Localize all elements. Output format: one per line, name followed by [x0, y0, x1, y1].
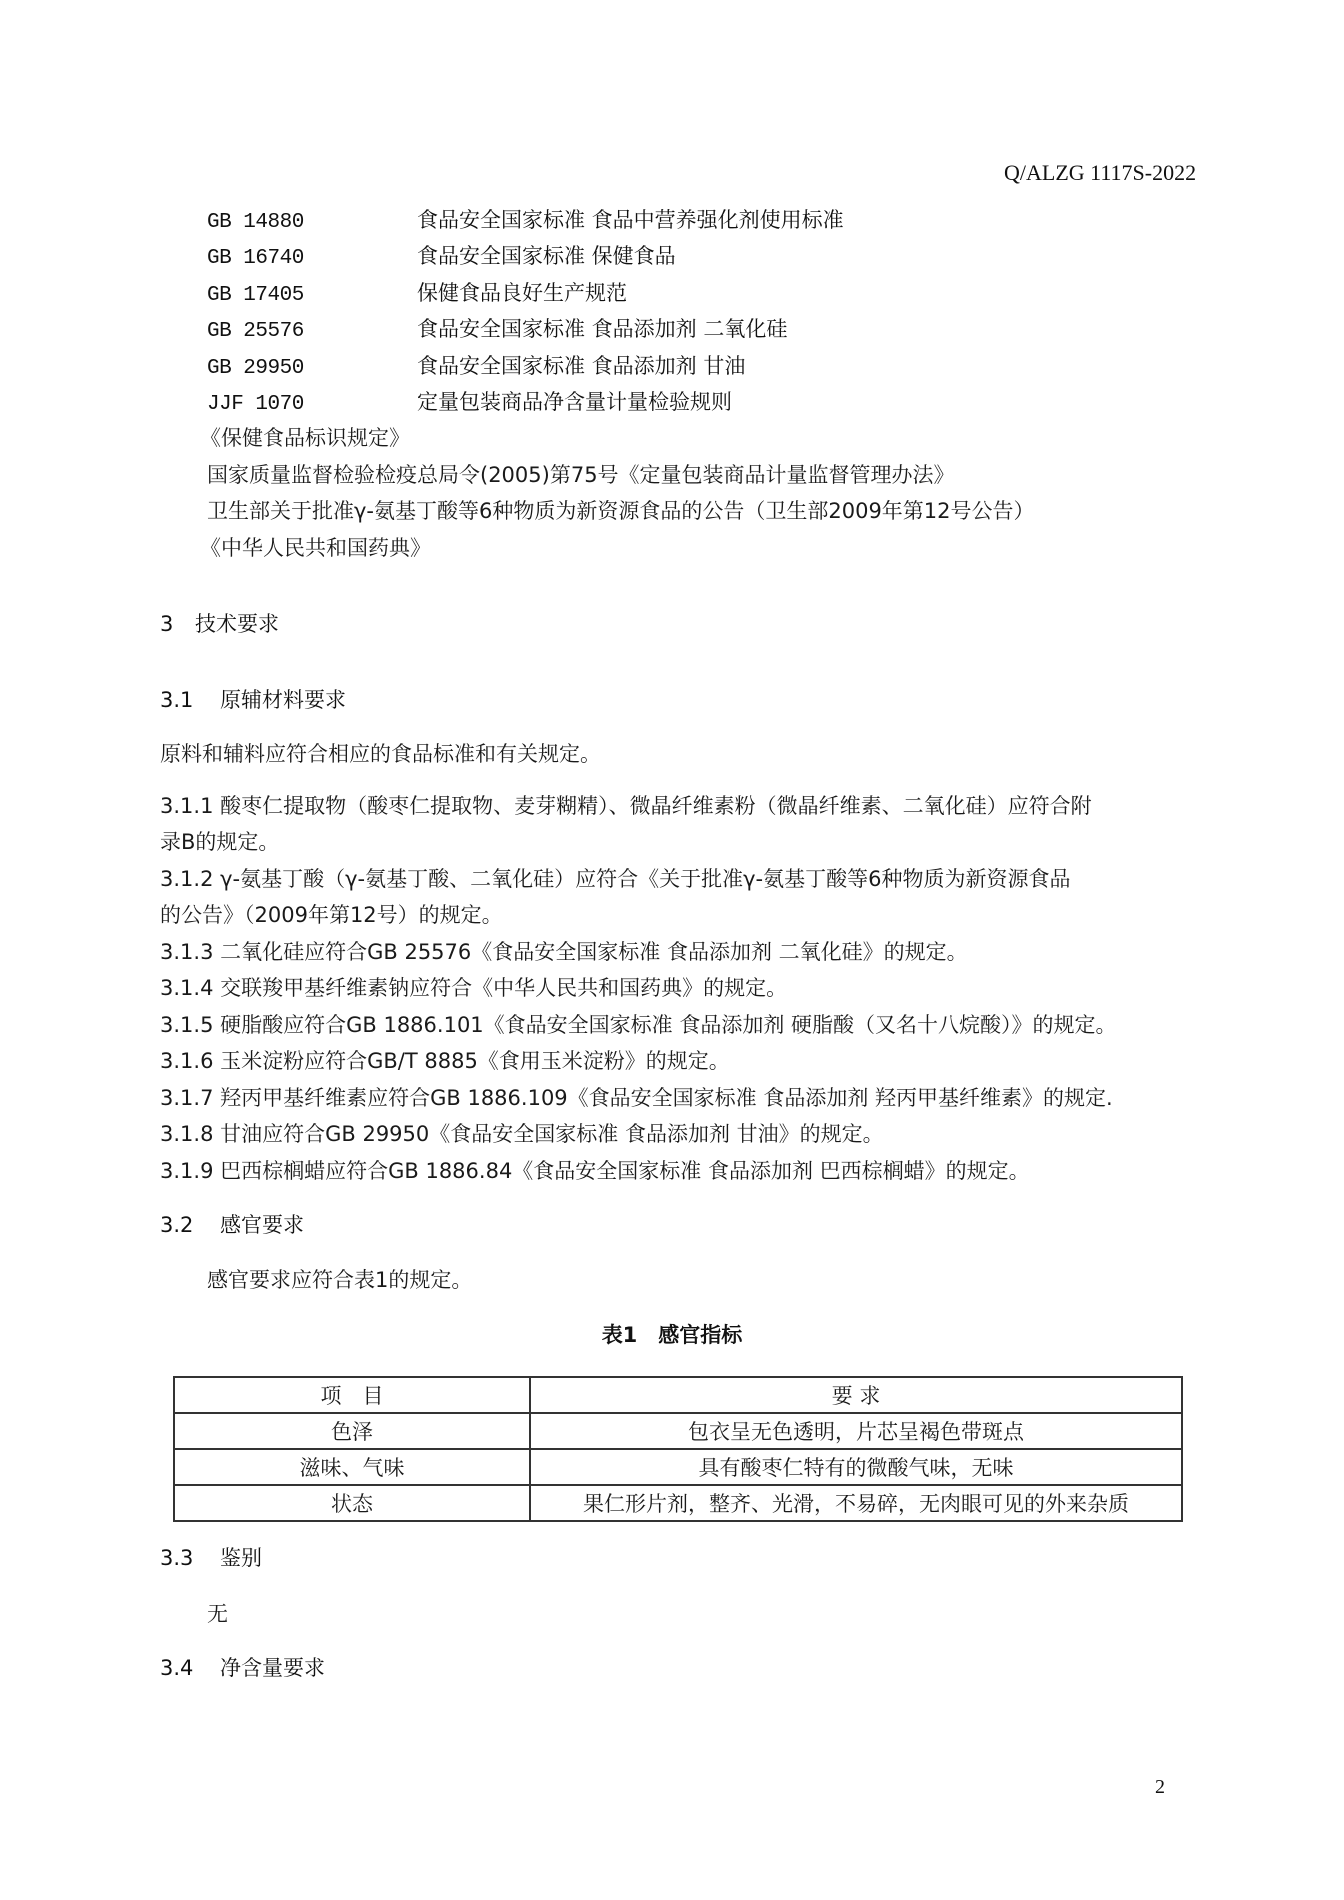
reference-title: 保健食品良好生产规范 — [417, 279, 627, 307]
clause-3-1-4: 3.1.4 交联羧甲基纤维素钠应符合《中华人民共和国药典》的规定。 — [160, 974, 787, 1002]
clause-3-1-9: 3.1.9 巴西棕榈蜡应符合GB 1886.84《食品安全国家标准 食品添加剂 … — [160, 1157, 1030, 1185]
section-heading: 3.1原辅材料要求 — [160, 686, 346, 714]
clause-3-1-6: 3.1.6 玉米淀粉应符合GB/T 8885《食用玉米淀粉》的规定。 — [160, 1047, 730, 1075]
other-reference: 《保健食品标识规定》 — [200, 424, 410, 452]
reference-item: GB 29950食品安全国家标准 食品添加剂 甘油 — [207, 352, 745, 383]
section-title: 净含量要求 — [220, 1656, 325, 1680]
other-reference: 卫生部关于批准γ-氨基丁酸等6种物质为新资源食品的公告（卫生部2009年第12号… — [207, 497, 1035, 525]
column-header-item: 项 目 — [174, 1377, 530, 1413]
table-cell-requirement: 具有酸枣仁特有的微酸气味，无味 — [530, 1449, 1182, 1485]
reference-title: 食品安全国家标准 食品中营养强化剂使用标准 — [417, 206, 844, 234]
table-cell-item: 色泽 — [174, 1413, 530, 1449]
reference-title: 定量包装商品净含量计量检验规则 — [417, 388, 732, 416]
reference-code: GB 16740 — [207, 245, 417, 273]
other-reference: 《中华人民共和国药典》 — [200, 534, 431, 562]
reference-code: GB 14880 — [207, 209, 417, 237]
section-title: 感官要求 — [220, 1213, 304, 1237]
section-number: 3 — [160, 610, 195, 638]
section-heading: 3.3鉴别 — [160, 1544, 262, 1572]
reference-item: JJF 1070定量包装商品净含量计量检验规则 — [207, 388, 732, 419]
clause-3-1-2: 3.1.2 γ-氨基丁酸（γ-氨基丁酸、二氧化硅）应符合《关于批准γ-氨基丁酸等… — [160, 865, 1070, 893]
section-number: 3.2 — [160, 1211, 220, 1239]
section-heading: 3.2感官要求 — [160, 1211, 304, 1239]
reference-code: GB 25576 — [207, 318, 417, 346]
column-header-requirement: 要 求 — [530, 1377, 1182, 1413]
section-heading: 3.4净含量要求 — [160, 1654, 325, 1682]
reference-code: GB 29950 — [207, 355, 417, 383]
clause-3-1-2-cont: 的公告》（2009年第12号）的规定。 — [160, 901, 503, 929]
sensory-table: 项 目 要 求 色泽 包衣呈无色透明，片芯呈褐色带斑点 滋味、气味 具有酸枣仁特… — [173, 1376, 1183, 1522]
document-code: Q/ALZG 1117S-2022 — [1004, 160, 1196, 186]
clause-3-1-1: 3.1.1 酸枣仁提取物（酸枣仁提取物、麦芽糊精）、微晶纤维素粉（微晶纤维素、二… — [160, 792, 1092, 820]
table-row: 滋味、气味 具有酸枣仁特有的微酸气味，无味 — [174, 1449, 1182, 1485]
section-title: 原辅材料要求 — [220, 688, 346, 712]
section-number: 3.4 — [160, 1654, 220, 1682]
paragraph: 感官要求应符合表1的规定。 — [207, 1266, 472, 1294]
table-cell-requirement: 果仁形片剂，整齐、光滑，不易碎，无肉眼可见的外来杂质 — [530, 1485, 1182, 1521]
reference-item: GB 25576食品安全国家标准 食品添加剂 二氧化硅 — [207, 315, 787, 346]
clause-3-1-5: 3.1.5 硬脂酸应符合GB 1886.101《食品安全国家标准 食品添加剂 硬… — [160, 1011, 1117, 1039]
clause-3-1-7: 3.1.7 羟丙甲基纤维素应符合GB 1886.109《食品安全国家标准 食品添… — [160, 1084, 1113, 1112]
reference-item: GB 16740食品安全国家标准 保健食品 — [207, 242, 676, 273]
other-reference: 国家质量监督检验检疫总局令(2005)第75号《定量包装商品计量监督管理办法》 — [207, 461, 955, 489]
page-number: 2 — [1155, 1776, 1165, 1799]
table-row: 色泽 包衣呈无色透明，片芯呈褐色带斑点 — [174, 1413, 1182, 1449]
section-number: 3.1 — [160, 686, 220, 714]
paragraph: 无 — [207, 1600, 228, 1628]
section-heading: 3技术要求 — [160, 610, 279, 638]
table-caption: 表1 感官指标 — [0, 1321, 1344, 1349]
table-row: 状态 果仁形片剂，整齐、光滑，不易碎，无肉眼可见的外来杂质 — [174, 1485, 1182, 1521]
reference-code: JJF 1070 — [207, 391, 417, 419]
section-number: 3.3 — [160, 1544, 220, 1572]
clause-3-1-8: 3.1.8 甘油应符合GB 29950《食品安全国家标准 食品添加剂 甘油》的规… — [160, 1120, 884, 1148]
table-cell-requirement: 包衣呈无色透明，片芯呈褐色带斑点 — [530, 1413, 1182, 1449]
reference-item: GB 14880食品安全国家标准 食品中营养强化剂使用标准 — [207, 206, 844, 237]
reference-title: 食品安全国家标准 保健食品 — [417, 242, 676, 270]
reference-code: GB 17405 — [207, 282, 417, 310]
table-cell-item: 状态 — [174, 1485, 530, 1521]
section-title: 技术要求 — [195, 612, 279, 636]
clause-3-1-3: 3.1.3 二氧化硅应符合GB 25576《食品安全国家标准 食品添加剂 二氧化… — [160, 938, 968, 966]
reference-title: 食品安全国家标准 食品添加剂 二氧化硅 — [417, 315, 787, 343]
reference-item: GB 17405保健食品良好生产规范 — [207, 279, 627, 310]
reference-title: 食品安全国家标准 食品添加剂 甘油 — [417, 352, 745, 380]
section-title: 鉴别 — [220, 1546, 262, 1570]
paragraph: 原料和辅料应符合相应的食品标准和有关规定。 — [160, 740, 601, 768]
table-cell-item: 滋味、气味 — [174, 1449, 530, 1485]
clause-3-1-1-cont: 录B的规定。 — [160, 828, 279, 856]
table-header-row: 项 目 要 求 — [174, 1377, 1182, 1413]
